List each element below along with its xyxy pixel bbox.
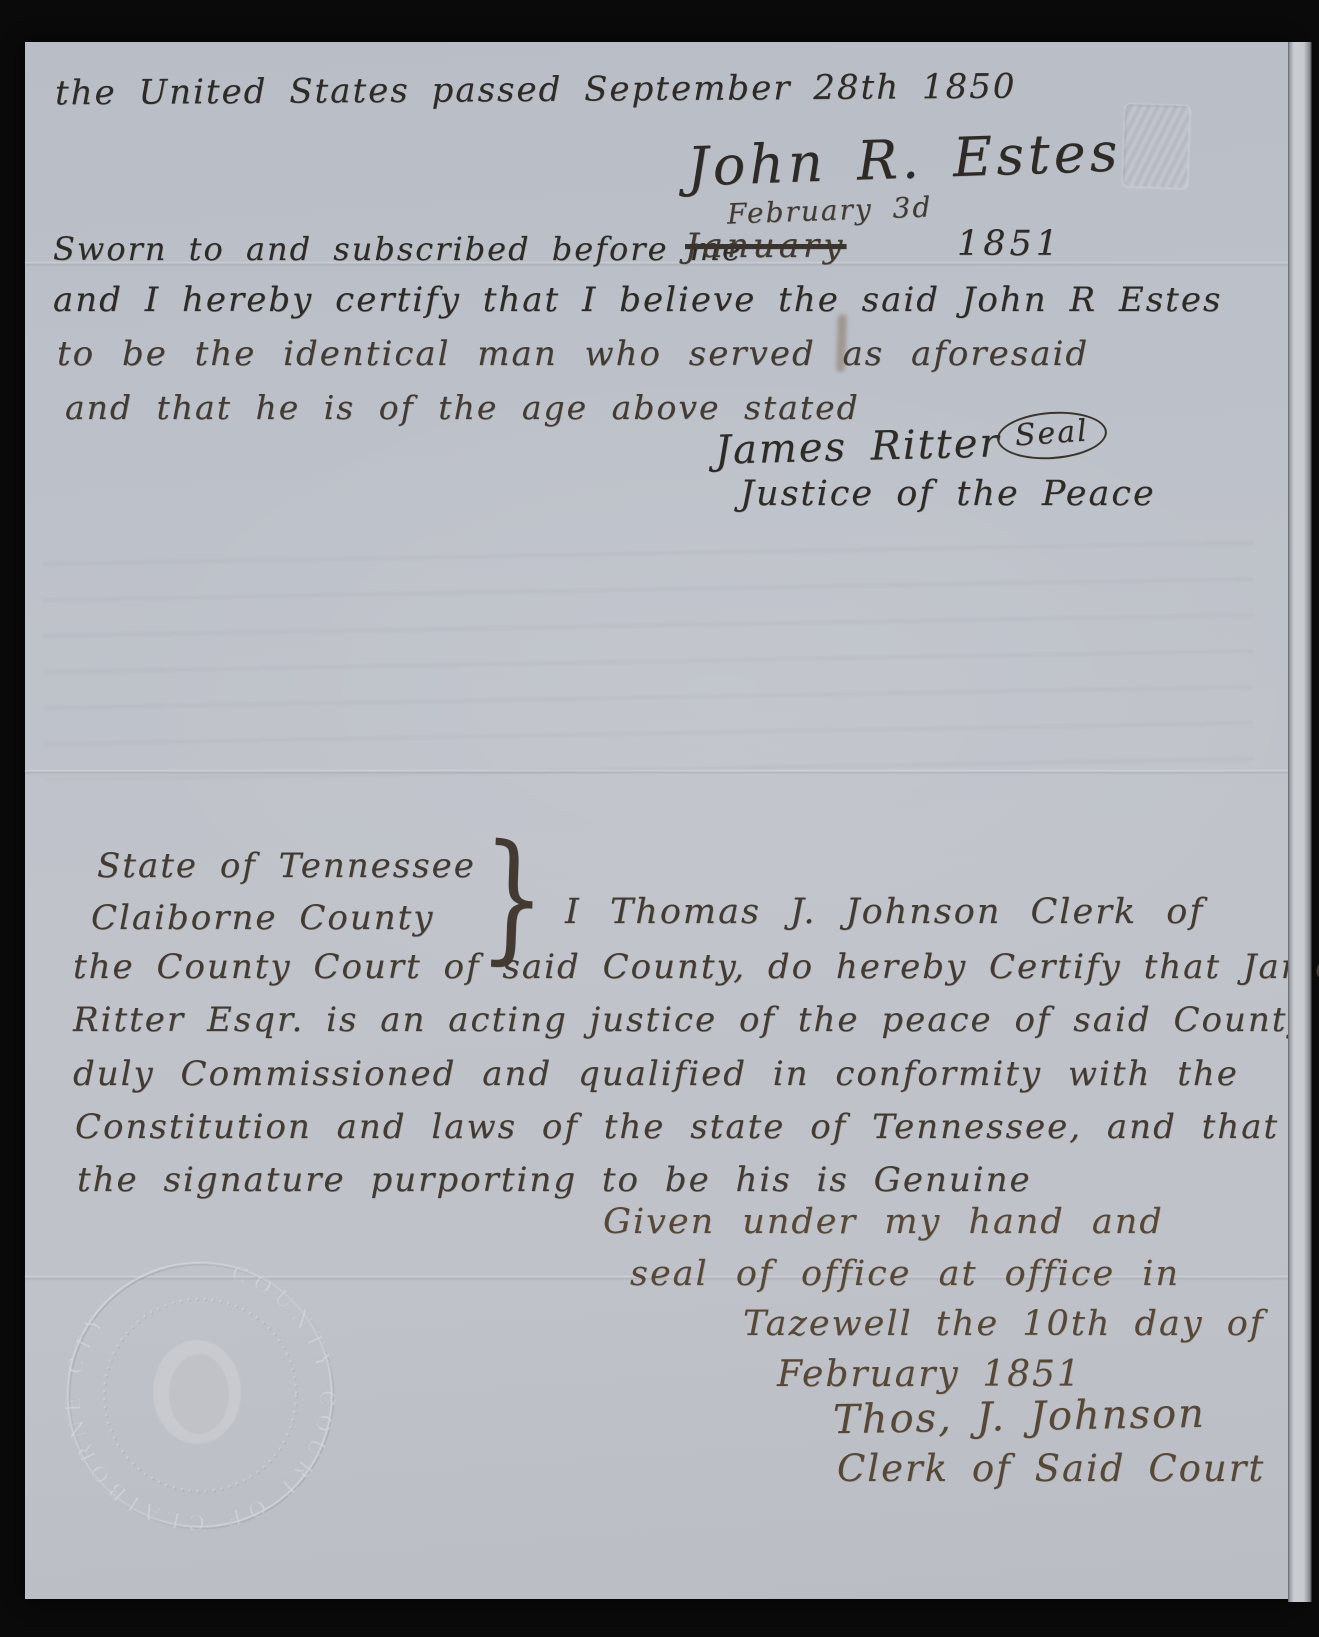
clerk-body-line-5: Constitution and laws of the state of Te… <box>75 1107 1279 1147</box>
act-date-line: the United States passed September 28th … <box>55 67 1017 114</box>
certify-line-2: to be the identical man who served as af… <box>57 334 1089 374</box>
ritter-title: Justice of the Peace <box>740 474 1156 514</box>
certify-line-1: and I hereby certify that I believe the … <box>53 280 1222 320</box>
seal-annotation-wrap: Seal <box>997 412 1107 459</box>
ink-bleedthrough-area <box>43 530 1253 780</box>
closing-line-2: seal of office at office in <box>630 1254 1180 1294</box>
closing-line-3: Tazewell the 10th day of <box>743 1304 1265 1344</box>
sworn-line: Sworn to and subscribed before me <box>53 230 743 268</box>
clerk-body-line-6: the signature purporting to be his is Ge… <box>77 1160 1032 1200</box>
seal-annotation: Seal <box>995 408 1108 463</box>
secondary-page-edge <box>1288 42 1312 1602</box>
ritter-signature: James Ritter <box>714 420 1001 473</box>
clerk-intro-line: I Thomas J. Johnson Clerk of <box>565 892 1204 932</box>
year-value: 1851 <box>957 224 1062 264</box>
scan-background: the United States passed September 28th … <box>0 0 1319 1637</box>
corrected-date: February 3d <box>726 190 932 230</box>
johnson-title: Clerk of Said Court <box>837 1447 1265 1490</box>
paper-sheet: the United States passed September 28th … <box>25 42 1288 1599</box>
closing-line-4: February 1851 <box>777 1354 1082 1395</box>
certify-line-3: and that he is of the age above stated <box>65 388 860 427</box>
embossed-paper-stamp <box>1122 103 1191 189</box>
closing-line-1: Given under my hand and <box>603 1202 1164 1242</box>
estes-signature: John R. Estes <box>686 120 1122 198</box>
clerk-body-line-3: Ritter Esqr. is an acting justice of the… <box>73 1000 1309 1040</box>
state-line: State of Tennessee <box>97 846 476 886</box>
county-line: Claiborne County <box>91 898 435 938</box>
embossed-county-seal: COUNTY COURT OF CLAIBORNE CTY <box>25 1220 375 1570</box>
struck-month: January <box>685 226 846 266</box>
johnson-signature: Thos, J. Johnson <box>833 1391 1207 1444</box>
clerk-body-line-4: duly Commissioned and qualified in confo… <box>73 1054 1239 1094</box>
clerk-body-line-2: the County Court of said County, do here… <box>73 947 1319 987</box>
